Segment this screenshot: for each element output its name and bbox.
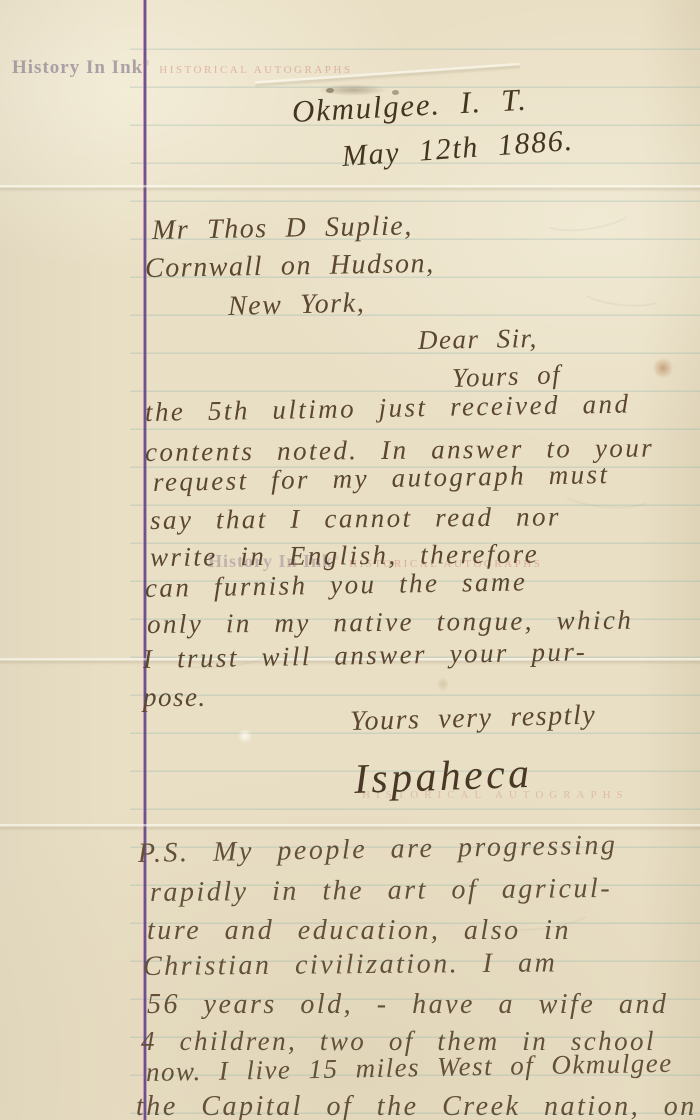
date-line: May 12th 1886.: [341, 124, 575, 174]
postscript-line: Christian civilization. I am: [143, 947, 558, 983]
body-line: say that I cannot read nor: [150, 501, 561, 536]
recipient-line: Cornwall on Hudson,: [145, 248, 435, 285]
body-line: pose.: [143, 682, 207, 713]
letter-scan-page: History In Ink®HISTORICAL AUTOGRAPHS His…: [0, 0, 700, 1120]
watermark-top: History In Ink®HISTORICAL AUTOGRAPHS: [12, 57, 352, 79]
salutation-line: Dear Sir,: [418, 323, 538, 356]
postscript-line: the Capital of the Creek nation, on: [136, 1091, 697, 1120]
watermark-brand-text: History In Ink: [12, 57, 143, 78]
paper-blemish: [438, 675, 448, 693]
body-line: request for my autograph must: [153, 459, 610, 498]
body-line: I trust will answer your pur-: [143, 636, 588, 675]
pin-hole-highlight: [238, 728, 252, 744]
postscript-line: rapidly in the art of agricul-: [150, 873, 612, 909]
registered-mark-icon: ®: [143, 59, 149, 68]
watermark-tagline-text: HISTORICAL AUTOGRAPHS: [159, 64, 352, 76]
closing-line: Yours very resptly: [350, 700, 597, 738]
signature: Ispaheca: [353, 750, 533, 804]
postscript-line: 56 years old, - have a wife and: [147, 989, 668, 1021]
recipient-line: Mr Thos D Suplie,: [152, 210, 413, 247]
recipient-line: New York,: [228, 287, 366, 323]
place-line: Okmulgee. I. T.: [291, 82, 528, 130]
fox-spot: [652, 358, 674, 378]
body-line: the 5th ultimo just received and: [145, 389, 631, 428]
fold-crease: [0, 185, 700, 192]
ghost-writing-marks: [538, 194, 635, 237]
body-line: can furnish you the same: [145, 566, 528, 604]
postscript-line: ture and education, also in: [147, 915, 571, 947]
body-line: only in my native tongue, which: [147, 605, 634, 640]
body-line: Yours of: [451, 359, 561, 394]
postscript-line: P.S. My people are progressing: [138, 830, 618, 870]
ghost-writing-marks: [579, 276, 665, 311]
